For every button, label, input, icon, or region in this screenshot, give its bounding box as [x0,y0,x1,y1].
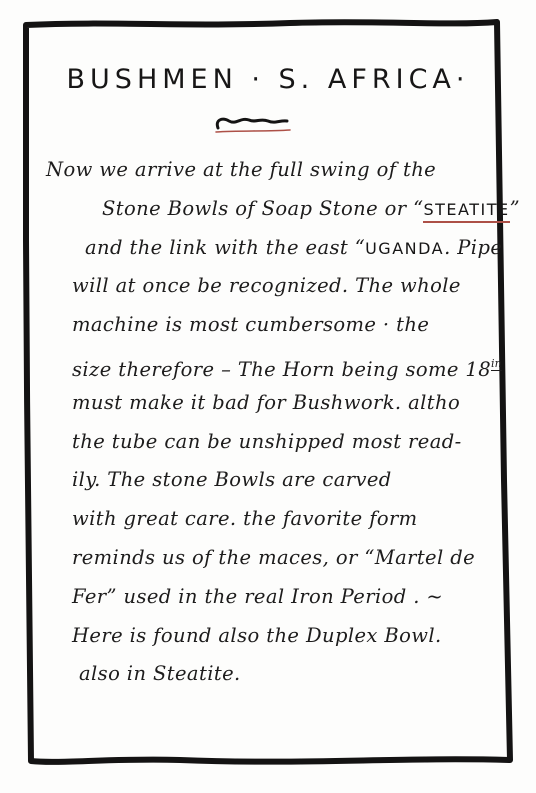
line-text: ily. The stone Bowls are carved [72,468,392,491]
line-text: Now we arrive at the full swing of the [46,158,436,181]
title-flourish-icon [208,108,304,140]
handwritten-line: the tube can be unshipped most read- [72,423,496,462]
page-title: BUSHMEN · S. AFRICA· [30,64,506,95]
handwritten-line: and the link with the east “UGANDA. Pipe [85,229,496,268]
handwritten-line: ily. The stone Bowls are carved [72,461,496,500]
handwritten-line: must make it bad for Bushwork. altho [72,384,496,423]
line-text: and the link with the east “ [85,236,365,259]
handwritten-body: Now we arrive at the full swing of the S… [46,151,496,694]
inches-superscript: in [491,357,502,371]
handwritten-line: size therefore – The Horn being some 18i… [72,345,496,384]
handwritten-line: also in Steatite. [79,655,496,694]
line-text: Here is found also the Duplex Bowl. [72,624,442,647]
line-text: Stone Bowls of Soap Stone or “ [102,197,423,220]
handwritten-line: will at once be recognized. The whole [72,267,496,306]
handwritten-line: Stone Bowls of Soap Stone or “STEATITE” [102,190,496,229]
line-text: size therefore – The Horn being some 18 [72,358,491,381]
handwritten-line: reminds us of the maces, or “Martel de [72,539,496,578]
line-text: . Pipe [444,236,502,259]
line-text: with great care. the favorite form [72,507,418,530]
line-text: must make it bad for Bushwork. altho [72,391,460,414]
handwritten-line: Now we arrive at the full swing of the [46,151,496,190]
handwritten-line: machine is most cumbersome · the [72,306,496,345]
line-text: also in Steatite. [79,662,241,685]
handwritten-line: Fer” used in the real Iron Period . ~ [72,578,496,617]
line-text: ” [510,197,520,220]
handwritten-line: with great care. the favorite form [72,500,496,539]
line-text: machine is most cumbersome · the [72,313,429,336]
notebook-page: BUSHMEN · S. AFRICA· Now we arrive at th… [0,0,536,793]
line-text: the tube can be unshipped most read- [72,430,462,453]
line-text: reminds us of the maces, or “Martel de [72,546,475,569]
steatite-term: STEATITE [423,200,509,223]
handwritten-line: Here is found also the Duplex Bowl. [72,617,496,656]
uganda-term: UGANDA [365,239,444,258]
line-text: Fer” used in the real Iron Period . ~ [72,585,443,608]
line-text: will at once be recognized. The whole [72,274,461,297]
